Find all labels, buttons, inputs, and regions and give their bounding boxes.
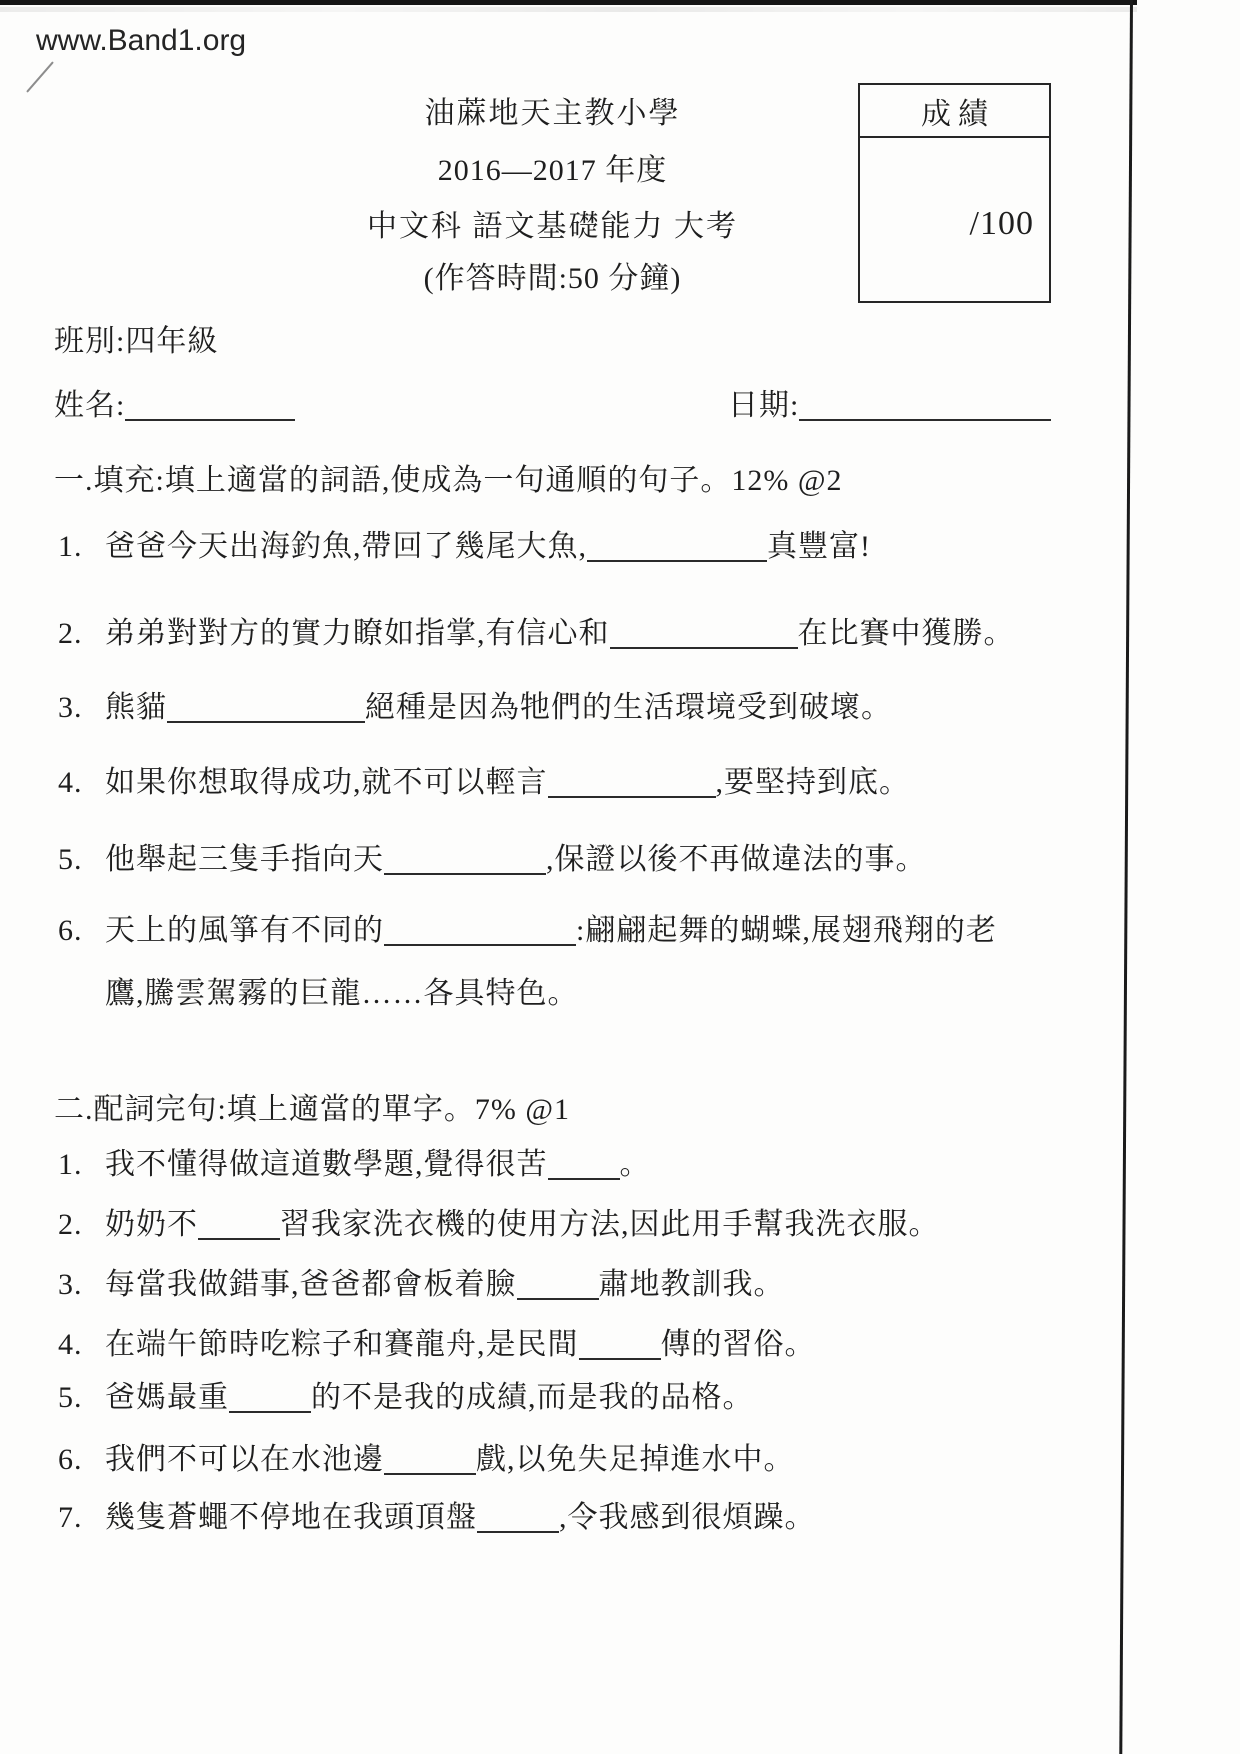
question-number: 2. [58,614,105,654]
question-text-post: 的不是我的成績,而是我的品格。 [311,1381,754,1414]
name-blank [125,389,295,421]
question-number: 7. [58,1498,105,1538]
question-number: 1. [58,527,105,567]
question-text-post: ,要堅持到底。 [716,766,911,799]
question-row-2-4: 4.在端午節時吃粽子和賽龍舟,是民間傳的習俗。 [58,1325,816,1365]
question-row-2-1: 1.我不懂得做這道數學題,覺得很苦。 [58,1145,651,1185]
score-box-header: 成績 [860,85,1049,138]
question-row-1-6-line2: 鷹,騰雲駕霧的巨龍……各具特色。 [105,974,579,1014]
question-text-pre: 爸爸今天出海釣魚,帶回了幾尾大魚, [105,530,587,563]
class-row: 班別:四年級 [54,322,218,362]
answer-blank [384,914,576,946]
pencil-slash-mark [26,61,54,93]
answer-blank [229,1381,311,1413]
question-number: 2. [58,1205,105,1245]
question-row-2-3: 3.每當我做錯事,爸爸都會板着臉肅地教訓我。 [58,1265,785,1305]
answer-blank [477,1501,559,1533]
question-number: 3. [58,688,105,728]
question-number: 6. [58,1440,105,1480]
question-row-1-2: 2.弟弟對對方的實力瞭如指掌,有信心和在比賽中獲勝。 [58,614,1015,654]
date-blank [799,389,1051,421]
score-box: 成績 /100 [858,83,1051,303]
question-row-1-4: 4.如果你想取得成功,就不可以輕言,要堅持到底。 [58,763,910,803]
question-text-post: 在比賽中獲勝。 [798,617,1015,650]
question-text-pre: 奶奶不 [105,1208,198,1241]
question-text-post: :翩翩起舞的蝴蝶,展翅飛翔的老 [576,914,997,947]
question-text-post: 戲,以免失足掉進水中。 [476,1443,795,1476]
question-text-post: 。 [620,1148,651,1181]
question-text-post: 絕種是因為牠們的生活環境受到破壞。 [365,691,892,724]
answer-blank [610,617,798,649]
answer-blank [384,1443,476,1475]
section1-heading: 一.填充:填上適當的詞語,使成為一句通順的句子。12% @2 [54,461,842,501]
scan-right-edge-line [1119,0,1133,1754]
question-row-2-2: 2.奶奶不習我家洗衣機的使用方法,因此用手幫我洗衣服。 [58,1205,940,1245]
date-row: 日期: [728,386,1051,426]
question-number: 3. [58,1265,105,1305]
answer-blank [579,1328,661,1360]
answer-blank [548,1148,620,1180]
question-text-post: 肅地教訓我。 [599,1268,785,1301]
question-number: 4. [58,1325,105,1365]
question-row-1-1: 1.爸爸今天出海釣魚,帶回了幾尾大魚,真豐富! [58,527,871,567]
section2-heading: 二.配詞完句:填上適當的單字。7% @1 [54,1090,570,1130]
question-text-pre: 如果你想取得成功,就不可以輕言 [105,766,548,799]
site-watermark: www.Band1.org [36,24,246,58]
date-label: 日期: [728,389,799,422]
answer-blank [548,766,716,798]
question-text-pre: 在端午節時吃粽子和賽龍舟,是民間 [105,1328,579,1361]
question-row-2-6: 6.我們不可以在水池邊戲,以免失足掉進水中。 [58,1440,795,1480]
answer-blank [167,691,365,723]
score-box-total: /100 [970,205,1034,243]
question-number: 4. [58,763,105,803]
name-row: 姓名: [54,386,295,426]
question-row-2-7: 7.幾隻蒼蠅不停地在我頭頂盤,令我感到很煩躁。 [58,1498,816,1538]
scan-top-bar [0,0,1137,5]
question-number: 1. [58,1145,105,1185]
answer-blank [198,1208,280,1240]
question-row-1-6: 6.天上的風箏有不同的:翩翩起舞的蝴蝶,展翅飛翔的老 [58,911,997,951]
question-text-pre: 幾隻蒼蠅不停地在我頭頂盤 [105,1501,477,1534]
exam-paper-page: www.Band1.org 油蔴地天主教小學 2016—2017 年度 中文科 … [0,0,1240,1754]
question-row-1-3: 3.熊貓絕種是因為牠們的生活環境受到破壞。 [58,688,892,728]
question-number: 5. [58,840,105,880]
answer-blank [587,530,767,562]
question-text-post: 傳的習俗。 [661,1328,816,1361]
question-text-pre: 弟弟對對方的實力瞭如指掌,有信心和 [105,617,610,650]
question-text-continuation: 鷹,騰雲駕霧的巨龍……各具特色。 [105,977,579,1010]
question-text-post: ,保證以後不再做違法的事。 [546,843,927,876]
question-text-pre: 天上的風箏有不同的 [105,914,384,947]
question-row-2-5: 5.爸媽最重的不是我的成績,而是我的品格。 [58,1378,754,1418]
question-text-post: ,令我感到很煩躁。 [559,1501,816,1534]
question-text-post: 習我家洗衣機的使用方法,因此用手幫我洗衣服。 [280,1208,940,1241]
question-number: 6. [58,911,105,951]
answer-blank [384,843,546,875]
class-value: 四年級 [125,325,218,358]
question-text-pre: 爸媽最重 [105,1381,229,1414]
question-row-1-5: 5.他舉起三隻手指向天,保證以後不再做違法的事。 [58,840,927,880]
question-number: 5. [58,1378,105,1418]
question-text-pre: 我們不可以在水池邊 [105,1443,384,1476]
answer-blank [517,1268,599,1300]
name-label: 姓名: [54,389,125,422]
class-label: 班別: [54,325,125,358]
scan-top-smudge [0,7,1137,12]
question-text-pre: 熊貓 [105,691,167,724]
question-text-pre: 我不懂得做這道數學題,覺得很苦 [105,1148,548,1181]
question-text-pre: 每當我做錯事,爸爸都會板着臉 [105,1268,517,1301]
question-text-pre: 他舉起三隻手指向天 [105,843,384,876]
question-text-post: 真豐富! [767,530,871,563]
